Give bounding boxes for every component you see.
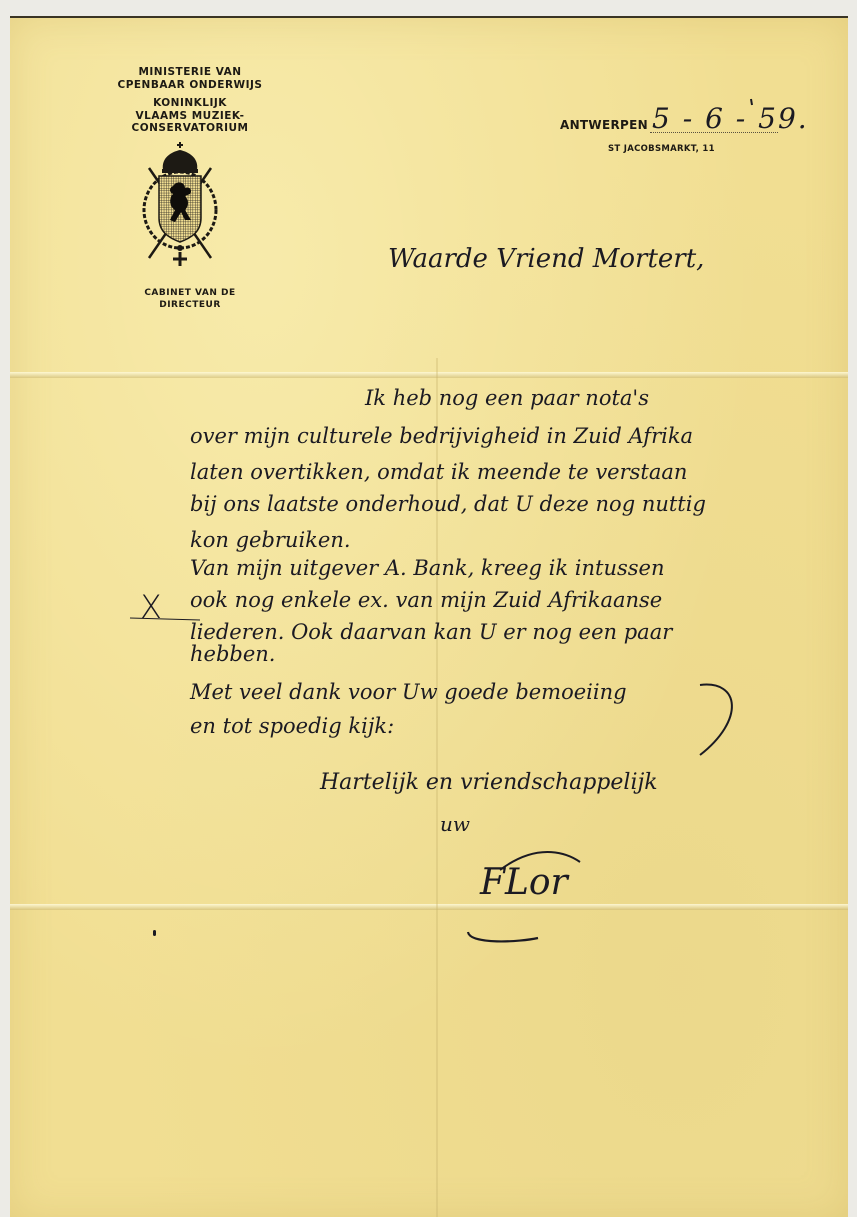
letterhead-address: ST JACOBSMARKT, 11: [608, 144, 715, 154]
body-line: en tot spoedig kijk:: [190, 714, 394, 738]
body-line: bij ons laatste onderhoud, dat U deze no…: [190, 492, 706, 516]
body-line: laten overtikken, omdat ik meende te ver…: [190, 460, 687, 484]
body-line: hebben.: [190, 642, 275, 666]
letterhead-place: ANTWERPEN: [560, 118, 648, 132]
letterhead-ministry: MINISTERIE VAN CPENBAAR ONDERWIJS: [100, 66, 280, 92]
margin-cross-mark: X: [140, 588, 162, 626]
letterhead-institution-line-2: VLAAMS MUZIEK-: [100, 110, 280, 123]
letterhead-department-line-1: CABINET VAN DE: [100, 287, 280, 299]
royal-crest-icon: [135, 140, 225, 270]
body-line: ook nog enkele ex. van mijn Zuid Afrikaa…: [190, 588, 662, 612]
salutation: Waarde Vriend Mortert,: [388, 244, 704, 274]
letterhead-ministry-line-2: CPENBAAR ONDERWIJS: [100, 79, 280, 92]
body-line: Van mijn uitgever A. Bank, kreeg ik intu…: [190, 556, 665, 580]
ink-speck: [153, 930, 156, 936]
letterhead-department: CABINET VAN DE DIRECTEUR: [100, 287, 280, 311]
letterhead-institution-line-3: CONSERVATORIUM: [100, 122, 280, 135]
body-line: Ik heb nog een paar nota's: [365, 386, 649, 410]
fold-crease-upper: [10, 372, 848, 378]
closing-line: Hartelijk en vriendschappelijk: [320, 770, 658, 795]
letterhead-ministry-line-1: MINISTERIE VAN: [100, 66, 280, 79]
letterhead-institution: KONINKLIJK VLAAMS MUZIEK- CONSERVATORIUM: [100, 97, 280, 135]
body-line: over mijn culturele bedrijvigheid in Zui…: [190, 424, 693, 448]
letterhead-institution-line-1: KONINKLIJK: [100, 97, 280, 110]
fold-crease-lower: [10, 904, 848, 910]
letterhead-department-line-2: DIRECTEUR: [100, 299, 280, 311]
body-line: liederen. Ook daarvan kan U er nog een p…: [190, 620, 672, 644]
closing-word: uw: [440, 812, 470, 836]
body-line: kon gebruiken.: [190, 528, 351, 552]
signature: FLor: [480, 862, 568, 903]
handwritten-date: 5 - 6 - 59.: [652, 102, 809, 135]
body-line: Met veel dank voor Uw goede bemoeiing: [190, 680, 627, 704]
